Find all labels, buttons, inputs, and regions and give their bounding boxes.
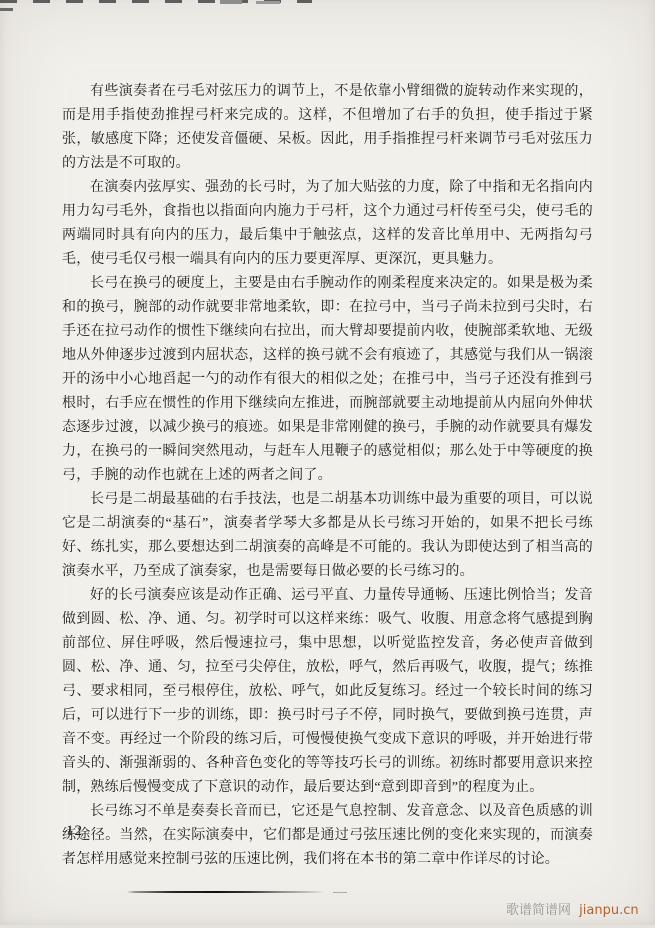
scan-artifact-dash	[256, 1, 280, 4]
paragraph: 好的长弓演奏应该是动作正确、运弓平直、力量传导通畅、压速比例恰当；发音做到圆、松…	[62, 584, 593, 800]
paragraph: 在演奏内弦厚实、强劲的长弓时，为了加大贴弦的力度，除了中指和无名指向内用力勾弓毛…	[62, 176, 593, 272]
watermark-site-name: 歌谱简谱网	[506, 903, 571, 918]
scanned-book-page: 有些演奏者在弓毛对弦压力的调节上，不是依靠小臂细微的旋转动作来实现的，而是用手指…	[0, 0, 655, 928]
scan-artifact-dash	[220, 0, 242, 4]
scan-artifact-scratch-tail	[333, 892, 347, 893]
scan-artifact-dash	[0, 8, 13, 11]
paragraph: 长弓是二胡最基础的右手技法，也是二胡基本功训练中最为重要的项目，可以说它是二胡演…	[62, 488, 593, 584]
watermark: 歌谱简谱网 jianpu.cn	[506, 903, 639, 919]
page-number: 12	[66, 823, 83, 840]
scan-artifact-scratch-line	[127, 891, 325, 893]
watermark-site-url: jianpu.cn	[579, 903, 638, 918]
body-text: 有些演奏者在弓毛对弦压力的调节上，不是依靠小臂细微的旋转动作来实现的，而是用手指…	[62, 80, 593, 872]
paragraph: 长弓在换弓的硬度上，主要是由右手腕动作的刚柔程度来决定的。如果是极为柔和的换弓，…	[62, 272, 593, 488]
paragraph: 有些演奏者在弓毛对弦压力的调节上，不是依靠小臂细微的旋转动作来实现的，而是用手指…	[62, 80, 593, 176]
paragraph: 长弓练习不单是奏奏长音而已，它还是气息控制、发音意念、以及音色质感的训练途径。当…	[62, 800, 593, 872]
